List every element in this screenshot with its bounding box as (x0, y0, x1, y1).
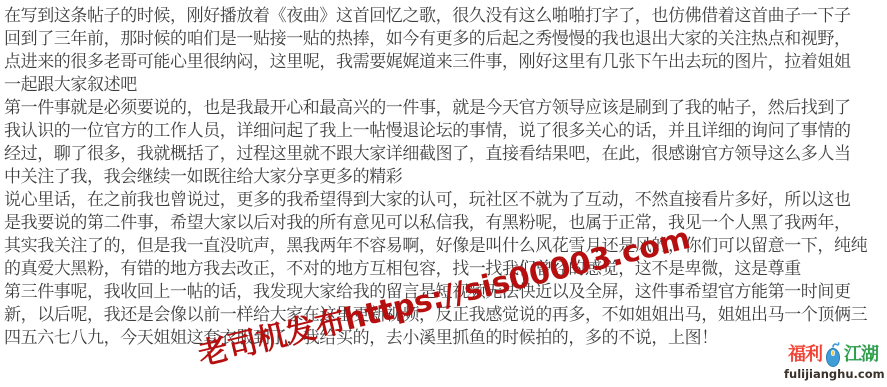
post-line: 经过，聊了很多，我就概括了，过程这里就不跟大家详细截图了，直接看结果吧，在此，很… (4, 143, 884, 166)
post-line: 新，以后呢，我还是会像以前一样给大家在这里更新视频，反正我感觉说的再多，不如姐姐… (4, 304, 884, 327)
post-line: 的真爱大黑粉，有错的地方我去改正，不对的地方互相包容，找一找我们曾经的感觉，这不… (4, 258, 884, 281)
post-line: 其实我关注了的，但是我一直没吭声，黑我两年不容易啊，好像是叫什么风花雪月还是风的… (4, 235, 884, 258)
forum-post-body: 在写到这条帖子的时候，刚好播放着《夜曲》这首回忆之歌，很久没有这么啪啪打字了，也… (4, 5, 884, 350)
post-line: 中关注了我，我会继续一如既往给大家分享更多的精彩 (4, 166, 884, 189)
post-line: 点进来的很多老哥可能心里很纳闷，这里呢，我需要娓娓道来三件事，刚好这里有几张下午… (4, 51, 884, 74)
post-line: 是我要说的第二件事，希望大家以后对我的所有意见可以私信我，有黑粉呢，也属于正常，… (4, 212, 884, 235)
page-background: 在写到这条帖子的时候，刚好播放着《夜曲》这首回忆之歌，很久没有这么啪啪打字了，也… (0, 0, 887, 387)
post-line: 第三件事呢，我收回上一帖的话，我发现大家给我的留言是短视频无法快近以及全屏，这件… (4, 281, 884, 304)
post-line: 我认识的一位官方的工作人员，详细问起了我上一帖慢退论坛的事情，说了很多关心的话，… (4, 120, 884, 143)
logo-brand-right: 江湖 (844, 346, 878, 364)
post-line: 一起跟大家叙述吧 (4, 74, 884, 97)
post-line: 回到了三年前，那时候的咱们是一贴接一贴的热捧，如今有更多的后起之秀慢慢的我也退出… (4, 28, 884, 51)
mouse-icon (823, 342, 843, 368)
post-line: 第一件事就是必须要说的，也是我最开心和最高兴的一件事，就是今天官方领导应该是刷到… (4, 97, 884, 120)
logo-domain-text: fulijianghu.com (784, 369, 882, 381)
logo-brand-left: 福利 (788, 346, 822, 364)
site-logo-brand: 福利 江湖 (784, 342, 882, 368)
site-logo: 福利 江湖 fulijianghu.com (784, 342, 882, 381)
post-line: 在写到这条帖子的时候，刚好播放着《夜曲》这首回忆之歌，很久没有这么啪啪打字了，也… (4, 5, 884, 28)
post-line: 四五六七八九，今天姐姐这套衣服到了，我给买的，去小溪里抓鱼的时候拍的，多的不说，… (4, 327, 884, 350)
post-line: 说心里话，在之前我也曾说过，更多的我希望得到大家的认可，玩社区不就为了互动，不然… (4, 189, 884, 212)
